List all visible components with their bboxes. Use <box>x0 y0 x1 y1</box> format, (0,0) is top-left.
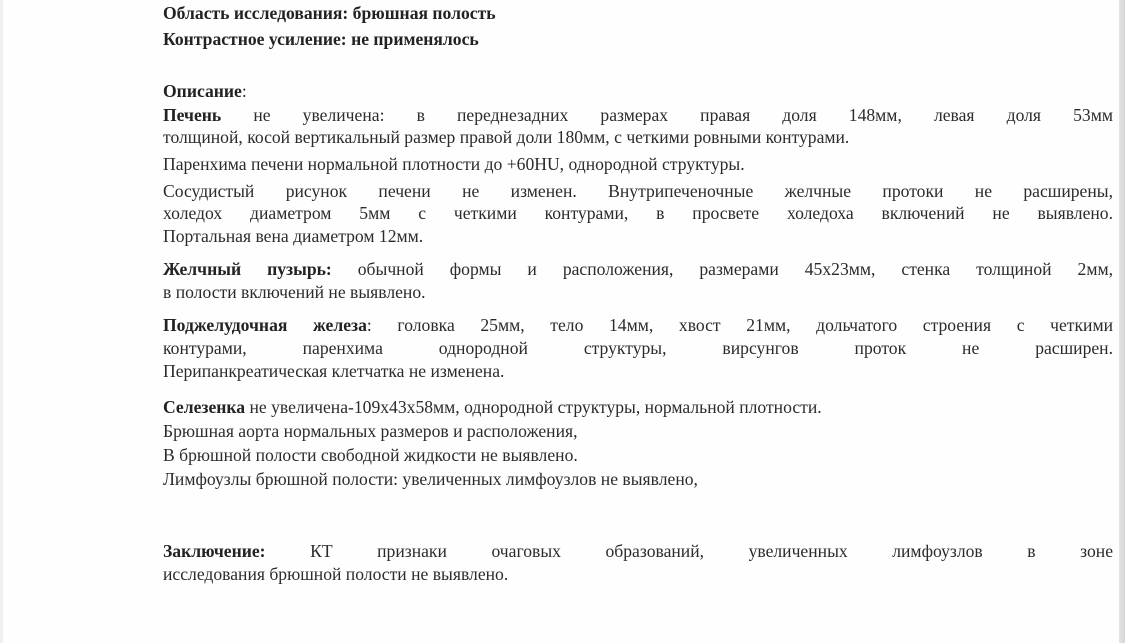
conclusion-line-1: Заключение: КТ признаки очаговых образов… <box>163 540 1113 562</box>
page-left-edge <box>0 0 3 643</box>
description-colon: : <box>242 81 247 101</box>
spleen-label: Селезенка <box>163 397 245 417</box>
liver-line-1-text: не увеличена: в переднезадних размерах п… <box>221 105 1113 125</box>
free-fluid-line: В брюшной полости свободной жидкости не … <box>163 444 578 466</box>
conclusion-line-1-text: КТ признаки очаговых образований, увелич… <box>266 541 1113 561</box>
gallbladder-line-2: в полости включений не выявлено. <box>163 281 426 303</box>
pancreas-line-3: Перипанкреатическая клетчатка не изменен… <box>163 360 504 382</box>
portal-vein: Портальная вена диаметром 12мм. <box>163 225 423 247</box>
liver-line-1: Печень не увеличена: в переднезадних раз… <box>163 104 1113 126</box>
liver-vessels-line-1: Сосудистый рисунок печени не изменен. Вн… <box>163 180 1113 202</box>
liver-label: Печень <box>163 105 221 125</box>
study-area-line: Область исследования: брюшная полость <box>163 2 496 24</box>
scanned-document-page: Область исследования: брюшная полость Ко… <box>0 0 1125 643</box>
pancreas-line-1-text: : головка 25мм, тело 14мм, хвост 21мм, д… <box>367 315 1113 335</box>
liver-parenchyma: Паренхима печени нормальной плотности до… <box>163 153 745 175</box>
conclusion-label: Заключение: <box>163 541 266 561</box>
spleen-line: Селезенка не увеличена-109х43х58мм, одно… <box>163 396 822 418</box>
pancreas-line-2: контурами, паренхима однородной структур… <box>163 337 1113 359</box>
aorta-line: Брюшная аорта нормальных размеров и расп… <box>163 420 578 442</box>
gallbladder-label: Желчный пузырь: <box>163 259 332 279</box>
liver-line-2: толщиной, косой вертикальный размер прав… <box>163 126 849 148</box>
liver-vessels-line-2: холедох диаметром 5мм с четкими контурам… <box>163 202 1113 224</box>
gallbladder-line-1-text: обычной формы и расположения, размерами … <box>332 259 1113 279</box>
page-right-edge <box>1119 0 1125 643</box>
pancreas-label: Поджелудочная железа <box>163 315 367 335</box>
gallbladder-line-1: Желчный пузырь: обычной формы и располож… <box>163 258 1113 280</box>
spleen-line-text: не увеличена-109х43х58мм, однородной стр… <box>245 397 822 417</box>
description-heading: Описание: <box>163 80 247 102</box>
description-title: Описание <box>163 81 242 101</box>
contrast-line: Контрастное усиление: не применялось <box>163 28 479 50</box>
pancreas-line-1: Поджелудочная железа: головка 25мм, тело… <box>163 314 1113 336</box>
conclusion-line-2: исследования брюшной полости не выявлено… <box>163 563 508 585</box>
lymph-nodes-line: Лимфоузлы брюшной полости: увеличенных л… <box>163 468 698 490</box>
